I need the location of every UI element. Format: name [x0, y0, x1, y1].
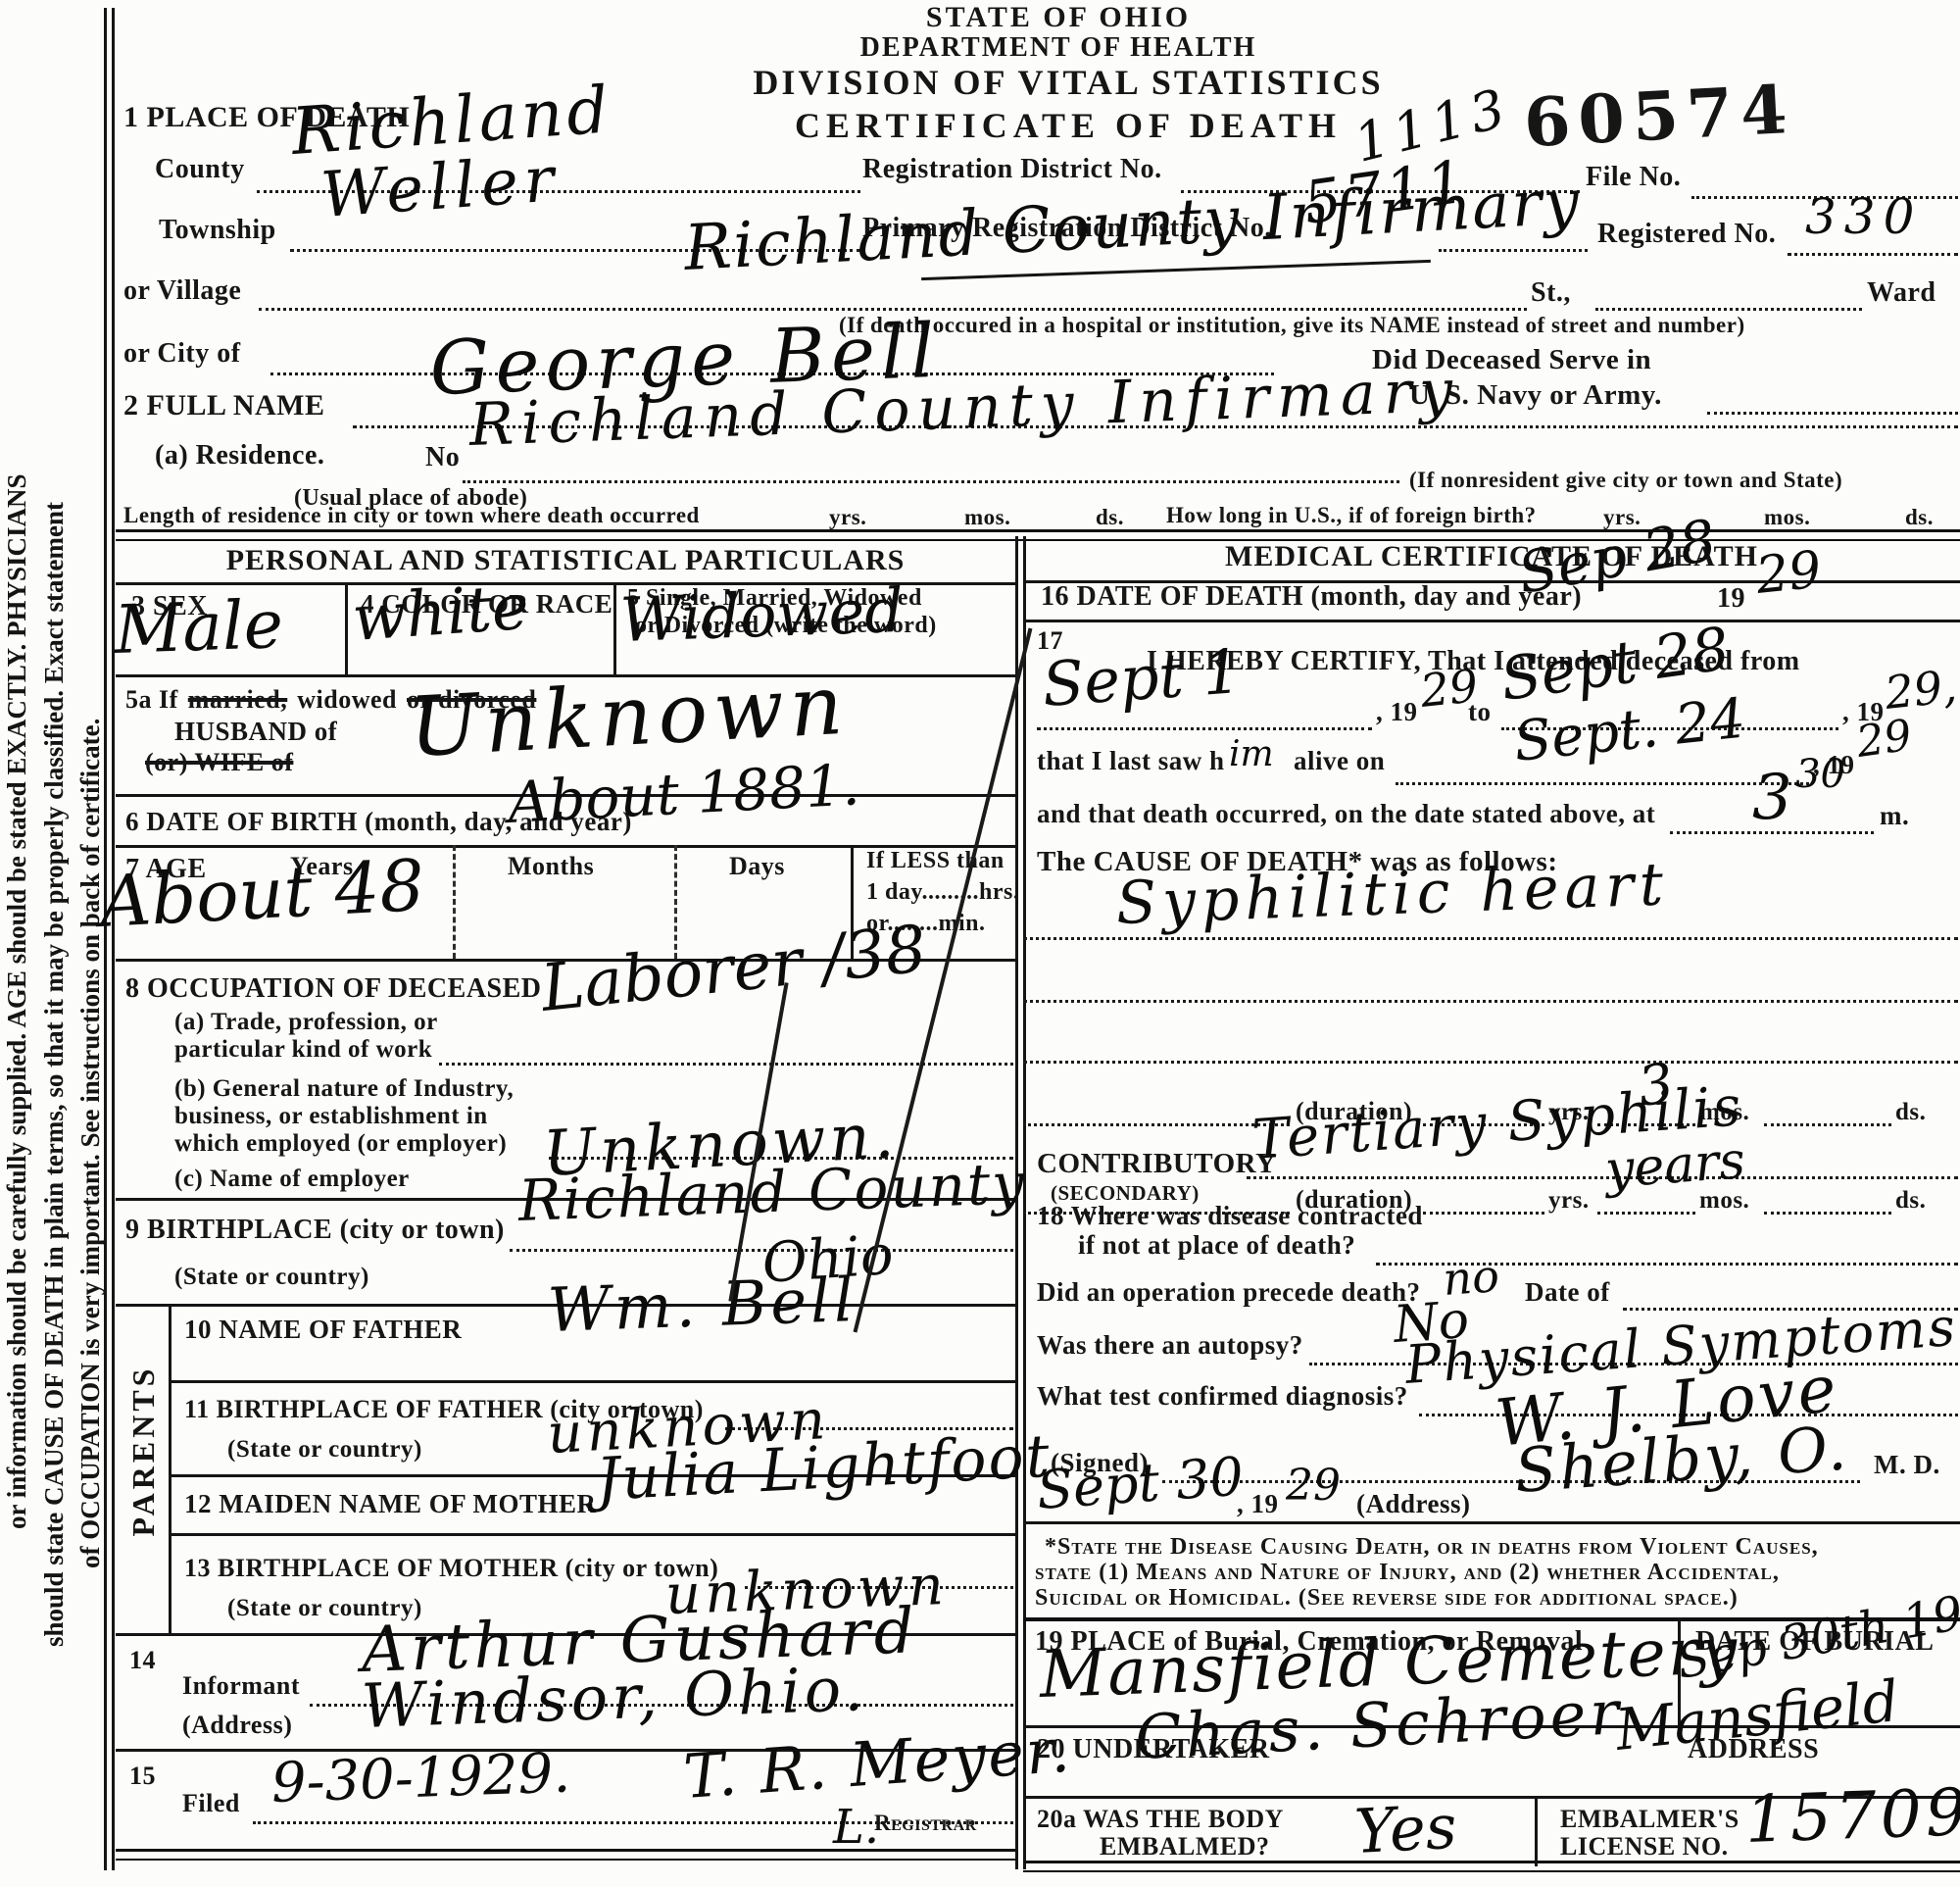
- birthplace-handwritten: Richland County: [517, 1155, 1027, 1229]
- occupation-a-label-2: particular kind of work: [174, 1037, 432, 1063]
- street-label: St.,: [1531, 278, 1571, 307]
- months-header: Months: [508, 853, 594, 879]
- filed-label: Filed: [182, 1790, 240, 1816]
- footnote-line-1: *State the Disease Causing Death, or in …: [1045, 1535, 1819, 1560]
- signed-date-handwritten: Sept 30: [1035, 1450, 1245, 1517]
- signed-year-printed: , 19: [1237, 1490, 1279, 1517]
- death-time-label: and that death occurred, on the date sta…: [1037, 800, 1655, 827]
- death-certificate-scan: or information should be carefully suppl…: [0, 0, 1960, 1887]
- date-of-label: Date of: [1525, 1278, 1610, 1306]
- header-department: DEPARTMENT OF HEALTH: [686, 33, 1431, 62]
- dod-year-handwritten: 29: [1754, 544, 1824, 602]
- residence-label: (a) Residence.: [155, 441, 324, 470]
- cell-divider: [613, 582, 616, 674]
- embalmer-license-label-1: EMBALMER'S: [1560, 1806, 1739, 1832]
- date-of-death-label: 16 DATE OF DEATH (month, day and year): [1041, 582, 1582, 611]
- residence-no-label: No: [425, 443, 460, 472]
- duration-ds-label: ds.: [1895, 1100, 1926, 1125]
- dotted-leader: [463, 480, 1399, 483]
- attended-from-handwritten: Sept 1: [1041, 641, 1244, 716]
- dotted-leader: [1707, 412, 1958, 415]
- dotted-leader: [1764, 1123, 1891, 1126]
- contributory-duration-handwritten: years: [1603, 1135, 1746, 1196]
- birthplace-label: 9 BIRTHPLACE (city or town): [125, 1216, 505, 1244]
- ward-label: Ward: [1867, 278, 1935, 307]
- last-saw-year-handwritten: 29: [1854, 715, 1915, 765]
- embalmer-license-handwritten: 15709: [1744, 1780, 1960, 1853]
- informant-number: 14: [129, 1647, 156, 1673]
- 5a-struck-married: married,: [188, 685, 287, 714]
- birthplace-state-label: (State or country): [174, 1265, 369, 1290]
- registered-no-handwritten: 330: [1805, 192, 1922, 241]
- test-label: What test confirmed diagnosis?: [1037, 1382, 1408, 1410]
- date-of-birth-handwritten: About 1881.: [507, 756, 861, 831]
- father-name-handwritten: Wm. Bell: [547, 1269, 858, 1341]
- to-year-handwritten: 29,: [1883, 664, 1959, 716]
- dotted-leader: [1023, 937, 1958, 940]
- registrar-flourish: L.: [833, 1804, 879, 1851]
- dotted-leader: [1597, 1212, 1695, 1215]
- duration-yrs-label: yrs.: [1548, 1188, 1590, 1214]
- duration-ds-label: ds.: [1895, 1188, 1926, 1214]
- dotted-leader: [1023, 1061, 1958, 1064]
- occupation-b-label-3: which employed (or employer): [174, 1131, 507, 1157]
- dotted-leader: [1396, 782, 1809, 785]
- operation-label: Did an operation precede death?: [1037, 1278, 1421, 1306]
- spouse-handwritten: Unknown: [408, 664, 851, 769]
- embalmed-label-2: EMBALMED?: [1100, 1833, 1270, 1860]
- ds-label: ds.: [1905, 506, 1934, 529]
- dotted-leader: [1037, 727, 1372, 730]
- footnote-line-3: Suicidal or Homicidal. (See reverse side…: [1035, 1586, 1739, 1611]
- death-time-hour-handwritten: 3: [1752, 767, 1792, 829]
- margin-instruction-line-2: should state CAUSE OF DEATH in plain ter…: [39, 98, 70, 1647]
- township-label: Township: [159, 216, 276, 244]
- cell-divider: [1535, 1796, 1538, 1866]
- dotted-leader: [1595, 308, 1862, 311]
- registrar-label: Registrar: [874, 1812, 977, 1835]
- cause-of-death-handwritten: Syphilitic heart: [1115, 855, 1670, 933]
- to-label: to: [1468, 698, 1492, 725]
- age-handwritten: About 48: [98, 850, 426, 937]
- occupation-c-label: (c) Name of employer: [174, 1167, 410, 1192]
- 5a-widowed: widowed: [297, 685, 397, 714]
- 5a-prefix: 5a If: [125, 685, 178, 714]
- filed-date-handwritten: 9-30-1929.: [270, 1746, 571, 1812]
- header-division: DIVISION OF VITAL STATISTICS: [627, 65, 1509, 102]
- embalmer-license-label-2: LICENSE NO.: [1560, 1833, 1729, 1860]
- rule: [171, 1533, 1015, 1536]
- parents-vertical-label: PARENTS: [125, 1314, 162, 1588]
- race-handwritten: white: [351, 576, 531, 651]
- marital-handwritten: Widowed: [619, 580, 905, 651]
- mos-label: mos.: [964, 506, 1010, 529]
- header-state: STATE OF OHIO: [686, 2, 1431, 33]
- township-handwritten: Weller: [319, 148, 563, 227]
- dod-year-printed: 19: [1717, 584, 1745, 613]
- from-year-printed: , 19: [1376, 698, 1418, 725]
- yrs-label: yrs.: [829, 506, 866, 529]
- dotted-leader: [1439, 249, 1588, 252]
- occupation-handwritten: Laborer /38: [538, 917, 929, 1021]
- informant-address-handwritten: Windsor, Ohio.: [361, 1659, 868, 1737]
- rule: [1023, 1521, 1960, 1524]
- physician-address-label: (Address): [1356, 1490, 1471, 1517]
- file-number-stamp: 60574: [1522, 75, 1796, 160]
- dotted-leader: [1788, 253, 1958, 256]
- occupation-label: 8 OCCUPATION OF DECEASED: [125, 974, 542, 1003]
- mos-label: mos.: [1764, 506, 1810, 529]
- wife-of-struck-label: (or) WIFE of: [145, 749, 293, 775]
- cell-divider: [345, 582, 348, 674]
- date-of-death-handwritten: Sep 28: [1514, 512, 1720, 602]
- city-label: or City of: [123, 339, 241, 368]
- mother-birthplace-label: 13 BIRTHPLACE OF MOTHER (city or town): [184, 1555, 718, 1581]
- embalmed-label-1: 20a WAS THE BODY: [1037, 1806, 1284, 1832]
- hospital-note: (If death occured in a hospital or insti…: [839, 314, 1745, 337]
- nonresident-note: (If nonresident give city or town and St…: [1409, 469, 1842, 492]
- length-residence-label: Length of residence in city or town wher…: [123, 504, 700, 527]
- rule: [1023, 620, 1960, 622]
- rule: [171, 1380, 1015, 1383]
- sex-handwritten: Male: [114, 592, 284, 665]
- where-contracted-label-2: if not at place of death?: [1078, 1231, 1355, 1259]
- parents-bracket-line: [169, 1304, 171, 1633]
- death-time-minutes-handwritten: 30: [1795, 755, 1845, 794]
- death-time-m-label: m.: [1880, 802, 1909, 829]
- registered-no-label: Registered No.: [1597, 220, 1776, 248]
- dotted-leader: [1023, 1123, 1290, 1126]
- dotted-leader: [1764, 1212, 1891, 1215]
- dotted-leader: [1247, 1176, 1958, 1179]
- contributory-label: CONTRIBUTORY: [1037, 1149, 1277, 1178]
- how-long-us-label: How long in U.S., if of foreign birth?: [1166, 504, 1537, 527]
- autopsy-label: Was there an autopsy?: [1037, 1331, 1303, 1359]
- bottom-rule: [116, 1849, 1015, 1861]
- occupation-a-label-1: (a) Trade, profession, or: [174, 1010, 438, 1035]
- father-name-label: 10 NAME OF FATHER: [184, 1316, 462, 1343]
- dashed-cell-divider: [453, 845, 456, 959]
- dotted-leader: [1023, 1000, 1958, 1003]
- county-label: County: [155, 155, 245, 183]
- last-saw-him-scribble: im: [1229, 737, 1274, 772]
- informant-label: Informant: [182, 1672, 300, 1699]
- footnote-line-2: state (1) Means and Nature of Injury, an…: [1035, 1561, 1780, 1585]
- ds-label: ds.: [1096, 506, 1124, 529]
- dotted-leader: [439, 1063, 1013, 1066]
- days-header: Days: [729, 853, 785, 879]
- husband-of-label: HUSBAND of: [174, 718, 337, 745]
- filed-number: 15: [129, 1763, 156, 1789]
- occupation-b-label-2: business, or establishment in: [174, 1104, 488, 1129]
- signed-year-handwritten: 29: [1286, 1465, 1341, 1508]
- village-label: or Village: [123, 276, 241, 305]
- mother-name-label: 12 MAIDEN NAME OF MOTHER: [184, 1490, 596, 1517]
- if-less-label-1: If LESS than: [866, 849, 1004, 873]
- village-handwritten: Richland County Infirmary: [683, 171, 1583, 280]
- md-label: M. D.: [1874, 1451, 1940, 1478]
- father-birthplace-state-label: (State or country): [227, 1437, 422, 1463]
- if-less-label-2: 1 day.........hrs.: [866, 880, 1019, 905]
- occupation-b-label-1: (b) General nature of Industry,: [174, 1076, 514, 1102]
- registration-district-label: Registration District No.: [862, 155, 1162, 183]
- last-saw-label-2: alive on: [1294, 747, 1385, 774]
- bottom-rule: [1023, 1861, 1960, 1872]
- margin-instruction-line-1: or information should be carefully suppl…: [2, 137, 32, 1529]
- where-contracted-label-1: 18 Where was disease contracted: [1037, 1202, 1423, 1229]
- embalmed-answer-handwritten: Yes: [1353, 1797, 1458, 1862]
- file-no-label: File No.: [1586, 163, 1681, 191]
- last-saw-label-1: that I last saw h: [1037, 747, 1225, 774]
- dotted-leader: [1423, 1212, 1544, 1215]
- full-name-label: 2 FULL NAME: [123, 390, 325, 422]
- informant-address-label: (Address): [182, 1712, 292, 1738]
- personal-section-title: PERSONAL AND STATISTICAL PARTICULARS: [116, 545, 1015, 576]
